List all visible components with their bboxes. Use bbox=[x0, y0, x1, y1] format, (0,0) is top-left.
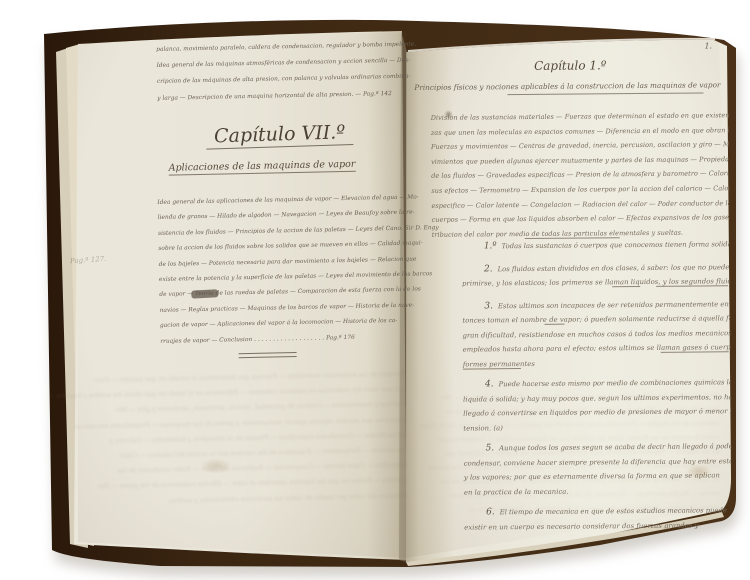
ink-underline bbox=[507, 92, 703, 95]
item-continuation: tonces toman el nombre de vapor; ó puede… bbox=[462, 311, 730, 371]
item-number: 5. bbox=[486, 443, 495, 453]
item-first-line: 4.Puede hacerse esto mismo por medio de … bbox=[463, 375, 731, 392]
item-number: 2. bbox=[484, 264, 493, 274]
handwritten-line: en la practica de la mecanica. bbox=[464, 483, 732, 500]
ink-underline bbox=[239, 352, 297, 358]
handwritten-line: y los vapores; por que es eternamente di… bbox=[464, 468, 732, 485]
item-first-line: 5.Aunque todos los gases segun se acaba … bbox=[464, 439, 732, 456]
item-number: 4. bbox=[485, 379, 494, 389]
numbered-paragraph: 5.Aunque todos los gases segun se acaba … bbox=[464, 439, 732, 499]
handwritten-line: tension. (a) bbox=[463, 419, 731, 436]
item-text: Aunque todos los gases segun se acaba de… bbox=[499, 442, 732, 452]
right-chapter-summary: Division de las sustancias materiales — … bbox=[431, 108, 730, 242]
handwritten-line: existir en un cuerpo es necesario consid… bbox=[464, 518, 732, 535]
ink-blot-strikethrough bbox=[191, 289, 218, 298]
left-intro-paragraph: palanca, movimiento paralelo, caldera de… bbox=[156, 37, 403, 107]
right-chapter-heading: Capítulo 1.º bbox=[412, 57, 728, 74]
item-text: Los fluidos estan divididos en dos clase… bbox=[498, 263, 733, 273]
item-text: Estos ultimos son incapaces de ser reten… bbox=[498, 299, 732, 310]
handwritten-line: primirse, y los elasticos; los primeros … bbox=[462, 274, 730, 291]
item-text: El tiempo de mecanica en que de estos es… bbox=[500, 506, 727, 516]
right-chapter-subtitle: Principios físicos y nociones aplicables… bbox=[414, 80, 720, 92]
left-chapter-summary: Idea general de las aplicaciones de las … bbox=[157, 191, 410, 350]
numbered-paragraph: 1.ºTodas las sustancias ó cuerpos que co… bbox=[462, 237, 730, 254]
bleedthrough-text: Division de las sustancias materiales — … bbox=[167, 367, 408, 509]
numbered-paragraph: 4.Puede hacerse esto mismo por medio de … bbox=[463, 375, 731, 435]
item-continuation: existir en un cuerpo es necesario consid… bbox=[464, 518, 732, 535]
handwritten-line: cuerpos — Forma en que los liquidos abso… bbox=[432, 210, 730, 227]
item-continuation: primirse, y los elasticos; los primeros … bbox=[462, 274, 730, 291]
item-continuation: liquida ó solida; y hay muy pocos que, s… bbox=[463, 390, 731, 436]
item-first-line: 6.El tiempo de mecanica en que de estos … bbox=[464, 503, 732, 520]
photograph-of-manuscript: palanca, movimiento paralelo, caldera de… bbox=[0, 0, 750, 580]
page-number: 1. bbox=[704, 41, 712, 50]
item-continuation: condensar, conviene hacer siempre presen… bbox=[464, 454, 732, 500]
item-number: 3. bbox=[484, 301, 493, 311]
item-number: 6. bbox=[486, 507, 495, 517]
handwritten-line: llegado á convertirse en liquidos por me… bbox=[463, 404, 731, 421]
item-first-line: 1.ºTodas las sustancias ó cuerpos que co… bbox=[462, 237, 730, 254]
item-number: 1.º bbox=[484, 241, 497, 251]
item-text: Todas las sustancias ó cuerpos que conoc… bbox=[502, 240, 733, 250]
right-page: 1. Capítulo 1.º Principios físicos y noc… bbox=[412, 37, 732, 540]
left-page: palanca, movimiento paralelo, caldera de… bbox=[152, 35, 415, 562]
left-chapter-heading: Capítulo VII.º bbox=[206, 121, 354, 150]
item-text: Puede hacerse esto mismo por medio de co… bbox=[499, 378, 733, 388]
ink-underline bbox=[544, 324, 564, 325]
numbered-paragraph: 6.El tiempo de mecanica en que de estos … bbox=[464, 503, 732, 534]
handwritten-line: empleados hasta ahora para el efecto; es… bbox=[463, 340, 731, 357]
numbered-paragraphs: 1.ºTodas las sustancias ó cuerpos que co… bbox=[462, 237, 733, 540]
handwritten-line: tonces toman el nombre de vapor; ó puede… bbox=[462, 311, 730, 328]
numbered-paragraph: 3.Estos ultimos son incapaces de ser ret… bbox=[462, 297, 731, 372]
left-chapter-subtitle: Aplicaciones de las maquinas de vapor bbox=[169, 159, 356, 176]
